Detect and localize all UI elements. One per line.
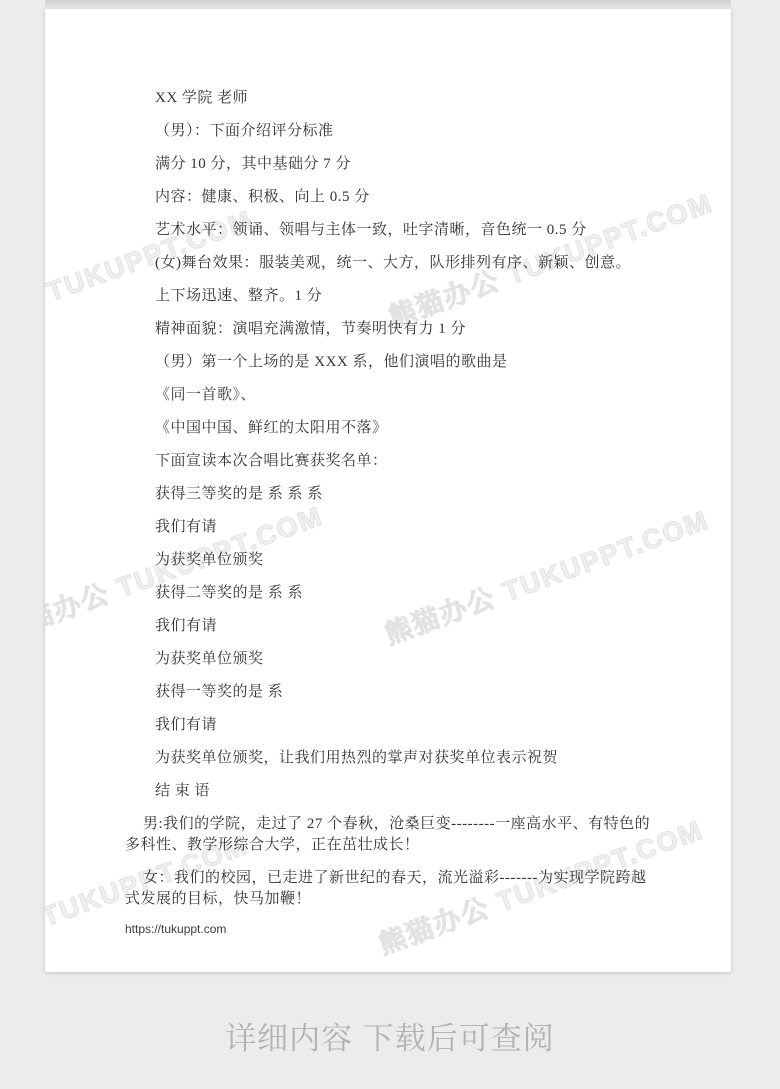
- paragraph: 为获奖单位颁奖: [125, 550, 656, 571]
- paragraph: 满分 10 分，其中基础分 7 分: [125, 154, 656, 175]
- paragraph: 艺术水平：领诵、领唱与主体一致，吐字清晰，音色统一 0.5 分: [125, 220, 656, 241]
- paragraph: 下面宣读本次合唱比赛获奖名单：: [125, 451, 656, 472]
- paragraph: 《中国中国、鲜红的太阳用不落》: [125, 418, 656, 439]
- document-page: 熊猫办公 TUKUPPT.COM 熊猫办公 TUKUPPT.COM 熊猫办公 T…: [45, 9, 731, 972]
- paragraph: XX 学院 老师: [125, 88, 656, 109]
- paragraph: 为获奖单位颁奖: [125, 649, 656, 670]
- paragraph: 女：我们的校园，已走进了新世纪的春天，流光溢彩-------为实现学院跨越式发展…: [125, 868, 656, 910]
- paragraph: 获得一等奖的是 系: [125, 682, 656, 703]
- paragraph: 获得二等奖的是 系 系: [125, 583, 656, 604]
- preview-background: 熊猫办公 TUKUPPT.COM 熊猫办公 TUKUPPT.COM 熊猫办公 T…: [0, 0, 780, 1089]
- paragraph: 获得三等奖的是 系 系 系: [125, 484, 656, 505]
- paragraph: 我们有请: [125, 517, 656, 538]
- paragraph: 《同一首歌》、: [125, 385, 656, 406]
- paragraph: 我们有请: [125, 715, 656, 736]
- paragraph: (女)舞台效果：服装美观，统一、大方，队形排列有序、新颖、创意。: [125, 253, 656, 274]
- paragraph: （男）第一个上场的是 XXX 系，他们演唱的歌曲是: [125, 352, 656, 373]
- document-body: XX 学院 老师（男）：下面介绍评分标准满分 10 分，其中基础分 7 分内容：…: [45, 9, 731, 910]
- paragraph: 为获奖单位颁奖，让我们用热烈的掌声对获奖单位表示祝贺: [125, 748, 656, 769]
- paragraph: 内容：健康、积极、向上 0.5 分: [125, 187, 656, 208]
- paragraph: （男）：下面介绍评分标准: [125, 121, 656, 142]
- paragraph: 精神面貌：演唱充满激情，节奏明快有力 1 分: [125, 319, 656, 340]
- previous-page-edge-shadow: [45, 0, 731, 9]
- footer-caption: 详细内容 下载后可查阅: [0, 1020, 780, 1058]
- paragraph: 我们有请: [125, 616, 656, 637]
- paragraph: 上下场迅速、整齐。1 分: [125, 286, 656, 307]
- paragraph: 男:我们的学院，走过了 27 个春秋，沧桑巨变--------一座高水平、有特色…: [125, 814, 656, 856]
- paragraph: 结 束 语: [125, 781, 656, 802]
- document-source-link: https://tukuppt.com: [125, 922, 731, 936]
